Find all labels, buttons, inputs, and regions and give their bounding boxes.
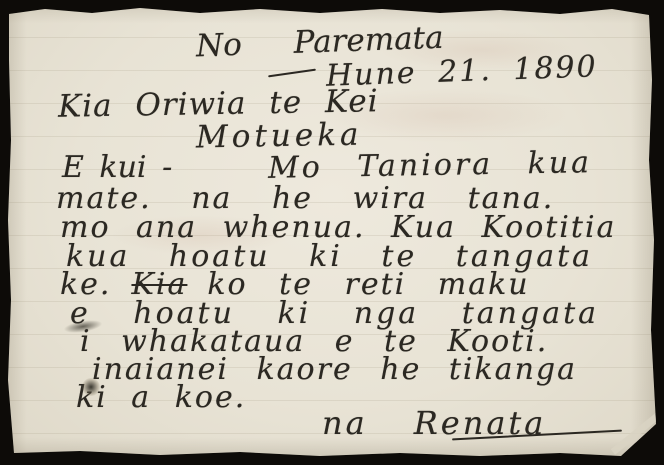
body-line: E kui - — [62, 150, 172, 185]
photo-background: No Paremata Hune 21. 1890 Kia Oriwia te … — [0, 0, 664, 465]
ink-smudge — [82, 378, 100, 396]
letter-paper: No Paremata Hune 21. 1890 Kia Oriwia te … — [0, 0, 664, 465]
signature-prefix: na — [322, 404, 368, 442]
body-line: Mo Taniora kua — [268, 145, 593, 186]
body-line: ki a koe. — [76, 380, 246, 415]
